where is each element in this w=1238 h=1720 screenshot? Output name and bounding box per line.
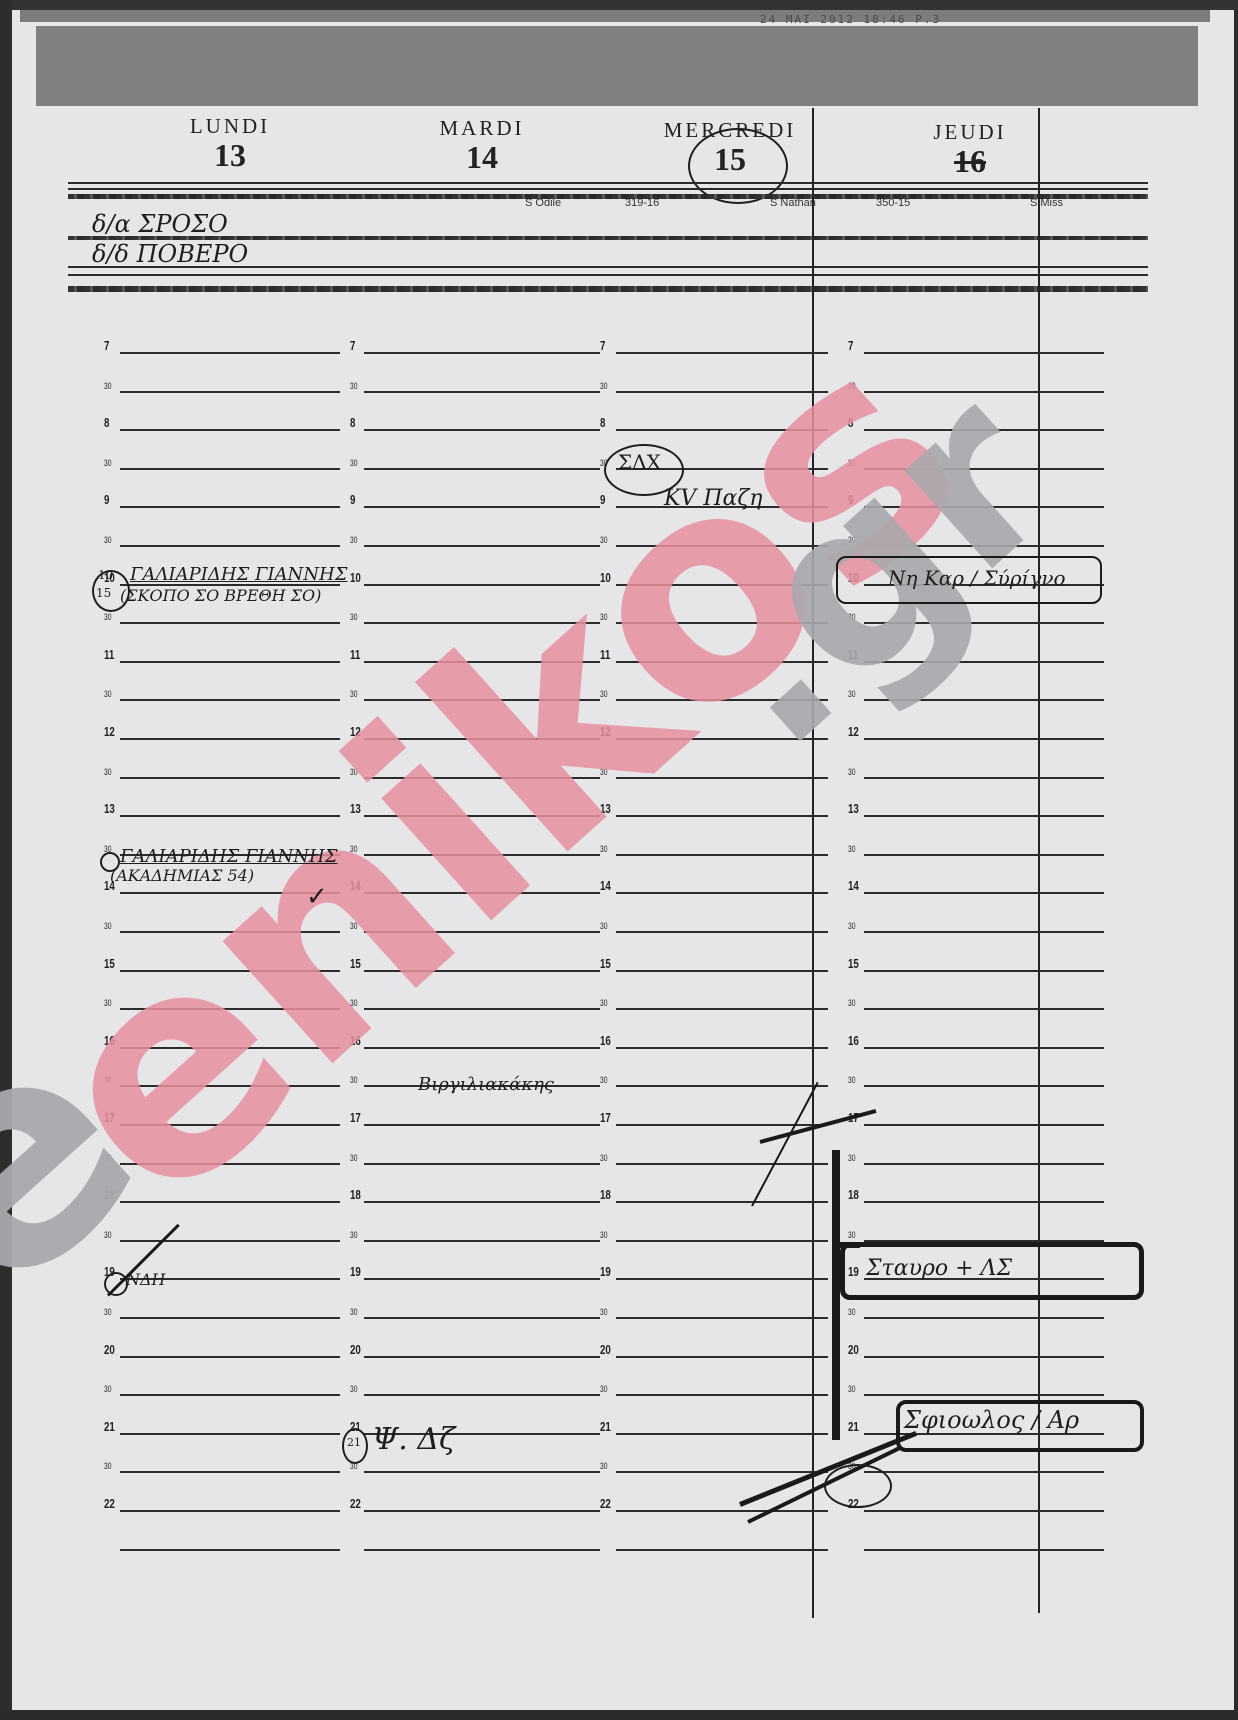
time-note: 21 (347, 1436, 361, 1449)
hour-label: 12 (104, 724, 115, 739)
hour-label: 30 (104, 689, 112, 699)
hour-label: 21 (848, 1419, 859, 1434)
hour-rule (616, 1549, 828, 1551)
hour-rule (364, 1394, 600, 1396)
hour-label: 30 (600, 1153, 608, 1163)
hour-rule (120, 1471, 340, 1473)
hour-label: 18 (600, 1187, 611, 1202)
hour-label: 7 (104, 338, 109, 353)
bracket-stroke (840, 1242, 860, 1248)
handwritten-appointment: ΓΑΛΙΑΡΙΔΗΣ ΓΙΑΝΝΗΣ (130, 564, 348, 585)
hour-rule (864, 1471, 1104, 1473)
hour-label: 30 (104, 458, 112, 468)
hour-label: 30 (350, 535, 358, 545)
hour-rule (364, 429, 600, 431)
hour-rule (616, 1356, 828, 1358)
hour-label: 30 (600, 998, 608, 1008)
hour-label: 30 (600, 921, 608, 931)
hour-rule (864, 777, 1104, 779)
hour-label: 7 (350, 338, 355, 353)
hour-rule (616, 1008, 828, 1010)
header-rule (68, 274, 1148, 276)
hour-label: 30 (104, 1384, 112, 1394)
check-mark: ✓ (306, 882, 328, 912)
hour-rule (616, 1085, 828, 1087)
hour-rule (864, 1549, 1104, 1551)
handwritten-appointment-detail: (ΣΚΟΠΟ ΣΟ ΒΡΕΘΗ ΣΟ) (120, 586, 321, 605)
handwritten-note-thu-10: Νη Καρ / Σύρίγνο (888, 566, 1066, 590)
hour-rule (864, 1510, 1104, 1512)
hour-label: 30 (350, 1307, 358, 1317)
day-header-monday: LUNDI 13 (160, 114, 300, 174)
hour-rule (616, 931, 828, 933)
hour-label: 30 (848, 998, 856, 1008)
hour-rule (364, 1124, 600, 1126)
saint-label: S Miss (1030, 197, 1063, 209)
hour-rule (364, 1471, 600, 1473)
day-header-tuesday: MARDI 14 (412, 116, 552, 176)
hour-label: 8 (350, 415, 355, 430)
hour-rule (864, 738, 1104, 740)
hour-rule (616, 1201, 828, 1203)
hour-rule (364, 1240, 600, 1242)
hour-rule (120, 661, 340, 663)
hour-rule (120, 1356, 340, 1358)
hour-rule (864, 970, 1104, 972)
hour-label: 17 (600, 1110, 611, 1125)
saint-label: S Nathan (770, 197, 816, 209)
hour-rule (616, 1510, 828, 1512)
hour-label: 30 (600, 381, 608, 391)
hour-rule (616, 1163, 828, 1165)
day-number: 13 (160, 137, 300, 174)
hour-label: 10 (350, 570, 361, 585)
hour-label: 22 (600, 1496, 611, 1511)
header-rule (68, 188, 1148, 190)
hour-rule (120, 506, 340, 508)
hour-label: 30 (848, 1307, 856, 1317)
hour-rule (864, 1317, 1104, 1319)
hour-label: 16 (600, 1033, 611, 1048)
hour-rule (864, 1124, 1104, 1126)
handwritten-note-top-1: δ/α ΣΡΟΣΟ (92, 210, 228, 238)
saint-label: 319-16 (625, 197, 659, 209)
time-note: 15 (96, 586, 111, 600)
hour-rule (864, 1008, 1104, 1010)
hour-label: 19 (600, 1264, 611, 1279)
hour-label: 30 (600, 1307, 608, 1317)
hour-label: 15 (848, 956, 859, 971)
hour-rule (864, 892, 1104, 894)
time-note: 10 (98, 568, 113, 582)
hour-rule (616, 1394, 828, 1396)
hour-label: 30 (104, 767, 112, 777)
hour-rule (864, 854, 1104, 856)
hour-rule (120, 1433, 340, 1435)
hour-rule (616, 1317, 828, 1319)
scan-top-border (0, 0, 1238, 10)
hour-label: 30 (848, 1230, 856, 1240)
hour-label: 30 (104, 1461, 112, 1471)
header-rule-thick (68, 286, 1148, 292)
hour-label: 18 (350, 1187, 361, 1202)
hour-rule (364, 468, 600, 470)
hour-rule (616, 1278, 828, 1280)
hour-label: 8 (600, 415, 605, 430)
hour-label: 30 (350, 1384, 358, 1394)
hour-label: 30 (350, 458, 358, 468)
hour-rule (364, 1549, 600, 1551)
day-number: 16 (900, 143, 1040, 180)
hour-label: 21 (104, 1419, 115, 1434)
hour-label: 30 (600, 1075, 608, 1085)
day-name: MARDI (412, 116, 552, 141)
hour-label: 30 (600, 1461, 608, 1471)
hour-label: 16 (848, 1033, 859, 1048)
hour-label: 20 (600, 1342, 611, 1357)
hour-label: 11 (104, 647, 114, 662)
hour-rule (120, 391, 340, 393)
hour-label: 30 (104, 535, 112, 545)
hour-rule (616, 1433, 828, 1435)
hour-label: 9 (350, 492, 355, 507)
hour-rule (616, 892, 828, 894)
hour-rule (364, 1510, 600, 1512)
handwritten-appointment: ΓΑΛΙΑΡΙΔΗΣ ΓΙΑΝΝΗΣ (120, 846, 338, 867)
handwritten-note-wed-830: ΣΔΧ (618, 450, 661, 474)
day-name: LUNDI (160, 114, 300, 139)
day-name: JEUDI (900, 120, 1040, 145)
hour-label: 13 (848, 801, 859, 816)
scan-bottom-border (0, 1714, 1238, 1720)
hour-rule (864, 931, 1104, 933)
hour-rule (864, 1047, 1104, 1049)
hour-label: 7 (600, 338, 605, 353)
hour-label: 22 (104, 1496, 115, 1511)
header-rule-thick (68, 194, 1148, 199)
hour-label: 13 (104, 801, 115, 816)
hour-rule (120, 1317, 340, 1319)
hour-label: 14 (848, 878, 859, 893)
handwritten-note-tue-21: Ψ. Δζ (372, 1422, 455, 1457)
hour-rule (864, 1085, 1104, 1087)
hour-rule (864, 1356, 1104, 1358)
header-rule (68, 182, 1148, 184)
hour-label: 30 (600, 1384, 608, 1394)
hour-rule (120, 352, 340, 354)
hour-rule (120, 1394, 340, 1396)
handwritten-note-top-2: δ/δ ΠΟΒΕΡΟ (92, 240, 248, 268)
hour-label: 30 (104, 612, 112, 622)
hour-label: 19 (350, 1264, 361, 1279)
handwritten-note-thu-21: Σφιοωλος / Αρ (904, 1406, 1079, 1434)
hour-rule (364, 1356, 600, 1358)
hour-label: 15 (600, 956, 611, 971)
hour-label: 20 (848, 1342, 859, 1357)
hour-rule (120, 545, 340, 547)
hour-rule (120, 468, 340, 470)
hour-rule (364, 391, 600, 393)
hour-label: 30 (350, 1153, 358, 1163)
saint-label: 350-15 (876, 197, 910, 209)
hour-label: 30 (848, 1153, 856, 1163)
handwritten-appointment-detail: (ΑΚΑΔΗΜΙΑΣ 54) (110, 866, 254, 885)
hour-rule (364, 1163, 600, 1165)
hour-rule (616, 1471, 828, 1473)
fax-stamp: 24 MAI 2012 18:46 P.3 (760, 13, 941, 26)
handwritten-note-wed-9: ΚV Παζη (664, 486, 762, 511)
bracket-stroke (832, 1150, 840, 1440)
hour-label: 30 (848, 921, 856, 931)
hour-rule (864, 1163, 1104, 1165)
hour-rule (364, 1201, 600, 1203)
hour-label: 30 (848, 1075, 856, 1085)
header-strip (20, 10, 1210, 22)
handwritten-note-tue-1630: Βιργιλιακάκης (418, 1074, 554, 1095)
hour-label: 30 (104, 381, 112, 391)
hour-rule (120, 1549, 340, 1551)
hour-label: 30 (848, 844, 856, 854)
hour-rule (364, 1278, 600, 1280)
hour-label: 22 (350, 1496, 361, 1511)
hour-rule (864, 815, 1104, 817)
hour-label: 20 (104, 1342, 115, 1357)
redaction-bar (36, 26, 1198, 106)
hour-rule (364, 352, 600, 354)
hour-rule (120, 699, 340, 701)
circled-date-15 (688, 128, 788, 204)
hour-label: 30 (350, 381, 358, 391)
hour-label: 21 (600, 1419, 611, 1434)
hour-label: 9 (104, 492, 109, 507)
hour-rule (120, 1510, 340, 1512)
day-number: 14 (412, 139, 552, 176)
hour-label: 30 (350, 612, 358, 622)
hour-rule (364, 1317, 600, 1319)
saint-label: S Odile (525, 197, 561, 209)
hour-rule (616, 1047, 828, 1049)
hour-label: 30 (848, 1384, 856, 1394)
scan-left-border (0, 0, 12, 1720)
hour-rule (120, 622, 340, 624)
column-divider (1038, 108, 1040, 1613)
hour-rule (864, 1201, 1104, 1203)
hour-rule (616, 1240, 828, 1242)
hour-label: 8 (104, 415, 109, 430)
day-header-thursday: JEUDI 16 (900, 120, 1040, 180)
handwritten-note-thu-1830: Σταυρο + ΛΣ (866, 1256, 1012, 1281)
hour-rule (120, 429, 340, 431)
circle-annotation (824, 1464, 892, 1508)
hour-label: 30 (350, 1230, 358, 1240)
hour-label: 11 (350, 647, 360, 662)
hour-rule (864, 1394, 1104, 1396)
hour-rule (616, 970, 828, 972)
hour-label: 20 (350, 1342, 361, 1357)
hour-label: 18 (848, 1187, 859, 1202)
hour-label: 30 (600, 1230, 608, 1240)
